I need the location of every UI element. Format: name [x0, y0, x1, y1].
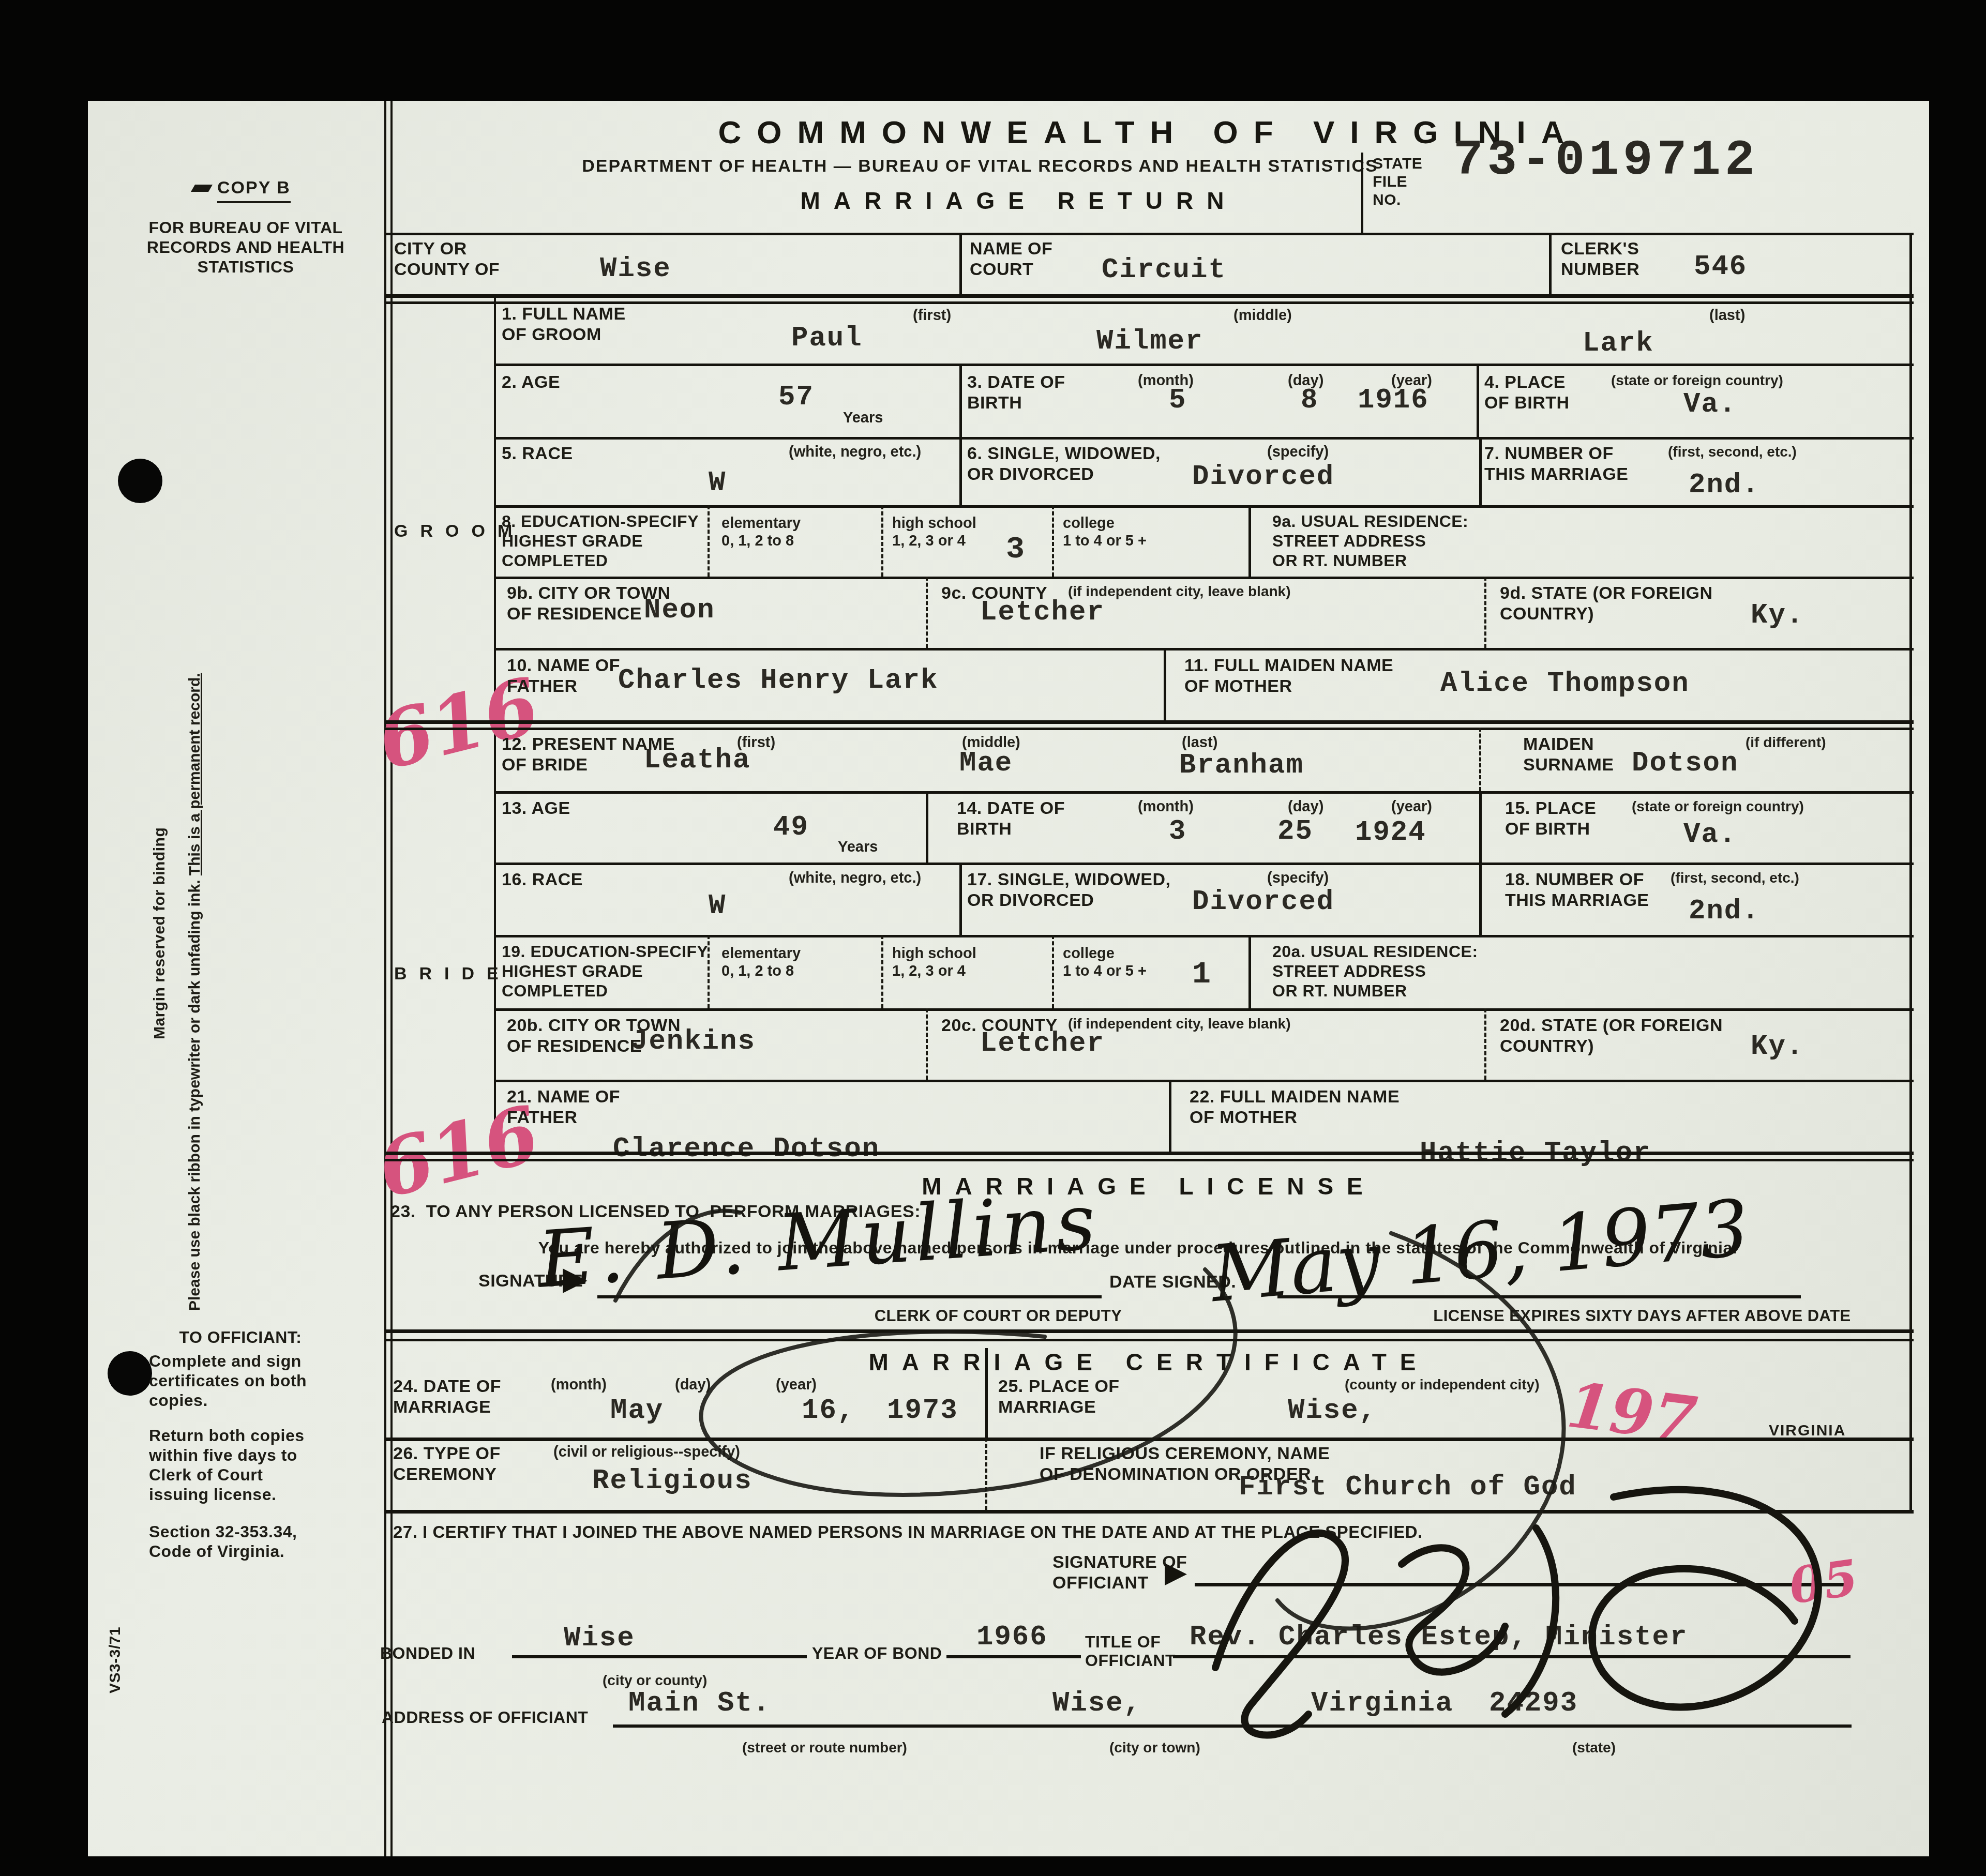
row19-dash-3 — [1052, 935, 1054, 1008]
groom-marital-hint: (specify) — [1267, 443, 1329, 461]
row19-split — [1248, 935, 1251, 1008]
bride-first-name: Leatha — [644, 746, 750, 775]
bride-father-label: 21. NAME OF FATHER — [507, 1086, 620, 1128]
row8-rule — [494, 505, 1914, 508]
groom-middle-name: Wilmer — [1096, 327, 1203, 356]
bride-last-hint: (last) — [1182, 734, 1217, 751]
groom-first-name: Paul — [791, 324, 863, 353]
marriage-place-hint: (county or independent city) — [1345, 1376, 1539, 1394]
bride-maiden-hint: (if different) — [1746, 734, 1826, 751]
punch-hole-bottom — [108, 1351, 152, 1396]
scanned-document-background: COPY B FOR BUREAU OF VITAL RECORDS AND H… — [0, 0, 1986, 1876]
groom-marital-label: 6. SINGLE, WIDOWED, OR DIVORCED — [967, 443, 1161, 485]
row9-dash-2 — [1484, 577, 1486, 648]
bonded-line — [512, 1655, 807, 1658]
groom-edu-college: college 1 to 4 or 5 + — [1063, 515, 1147, 550]
city-county-value: Wise — [600, 255, 671, 284]
clerk-number-value: 546 — [1694, 253, 1747, 282]
groom-race-value: W — [709, 469, 726, 498]
state-file-label: STATE FILE NO. — [1373, 155, 1422, 209]
bride-age-value: 49 — [773, 813, 809, 842]
margin-permanent-text: This is a permanent record. — [186, 673, 203, 875]
groom-age-unit: Years — [843, 409, 883, 427]
groom-edu-highschool-value: 3 — [1006, 535, 1026, 564]
row8-dash-2 — [881, 505, 883, 577]
bride-marital-label: 17. SINGLE, WIDOWED, OR DIVORCED — [967, 869, 1170, 911]
row20-rule — [494, 1008, 1914, 1011]
bride-marital-value: Divorced — [1192, 888, 1334, 917]
groom-marriage-number-value: 2nd. — [1689, 471, 1760, 500]
address-city-value: Wise, — [1052, 1689, 1141, 1718]
to-officiant-body: Complete and sign certificates on both c… — [149, 1351, 307, 1410]
punch-hole-top — [118, 459, 162, 503]
rowA-split-1 — [959, 233, 962, 297]
rowA-top-rule — [384, 233, 1914, 235]
row19-rule — [494, 935, 1914, 937]
marriage-place-value: Wise, — [1288, 1397, 1377, 1426]
row16-rule — [494, 863, 1914, 865]
groom-city-value: Neon — [644, 596, 715, 625]
bride-marriage-number-hint: (first, second, etc.) — [1671, 869, 1799, 887]
pen-mark — [191, 185, 213, 192]
row16-split-2 — [1479, 863, 1482, 935]
address-street-value: Main St. — [628, 1689, 771, 1718]
bride-marital-hint: (specify) — [1267, 869, 1329, 887]
license-top-rule-b — [384, 1159, 1914, 1161]
marriage-year-hint: (year) — [776, 1376, 817, 1394]
row2-split-2 — [1477, 364, 1479, 437]
row5-split-1 — [959, 437, 962, 505]
year-of-bond-value: 1966 — [976, 1623, 1048, 1652]
ceremony-type-value: Religious — [592, 1467, 753, 1496]
title-of-officiant-value: Rev. Charles Estep, Minister — [1190, 1623, 1688, 1652]
form-title: MARRIAGE RETURN — [734, 187, 1303, 215]
state-file-number: 73-019712 — [1453, 135, 1758, 187]
bride-dob-year: 1924 — [1355, 819, 1426, 848]
row10-rule — [494, 648, 1914, 650]
row13-split-2 — [1479, 791, 1482, 863]
groom-marriage-number-label: 7. NUMBER OF THIS MARRIAGE — [1484, 443, 1629, 485]
groom-top-rule-a — [384, 294, 1914, 298]
bonded-hint: (city or county) — [603, 1672, 707, 1689]
certificate-top-rule-a — [384, 1329, 1914, 1333]
row24-split — [985, 1348, 988, 1438]
bonded-in-value: Wise — [564, 1624, 635, 1653]
groom-state-label: 9d. STATE (OR FOREIGN COUNTRY) — [1500, 583, 1713, 624]
row5-rule — [494, 437, 1914, 440]
marriage-day-value: 16, — [802, 1397, 855, 1426]
return-note: Return both copies within five days to C… — [149, 1426, 305, 1504]
groom-first-hint: (first) — [913, 307, 951, 324]
bride-race-label: 16. RACE — [502, 869, 583, 890]
row10-split — [1164, 648, 1166, 721]
bride-top-rule-a — [384, 720, 1914, 724]
copy-for-text: FOR BUREAU OF VITAL RECORDS AND HEALTH S… — [122, 218, 370, 277]
bride-state-label: 20d. STATE (OR FOREIGN COUNTRY) — [1500, 1015, 1723, 1056]
bride-pob-hint: (state or foreign country) — [1632, 798, 1804, 815]
groom-county-value: Letcher — [980, 598, 1105, 627]
groom-dob-day: 8 — [1301, 386, 1318, 415]
groom-education-label: 8. EDUCATION-SPECIFY HIGHEST GRADE COMPL… — [502, 511, 699, 570]
row8-dash-3 — [1052, 505, 1054, 577]
ceremony-type-hint: (civil or religious--specify) — [553, 1443, 740, 1461]
bride-marriage-number-value: 2nd. — [1689, 897, 1760, 926]
officiant-pink-code: 05 — [1784, 1539, 1863, 1626]
groom-father-label: 10. NAME OF FATHER — [507, 655, 620, 697]
code-reference: Section 32-353.34, Code of Virginia. — [149, 1522, 297, 1561]
groom-age-value: 57 — [778, 383, 814, 412]
to-officiant-heading: TO OFFICIANT: — [150, 1327, 331, 1347]
denomination-value: First Church of God — [1239, 1473, 1577, 1502]
row26-dash — [985, 1438, 987, 1510]
bride-pob-value: Va. — [1683, 821, 1737, 850]
bride-mother-label: 22. FULL MAIDEN NAME OF MOTHER — [1190, 1086, 1400, 1128]
bonded-in-label: BONDED IN — [380, 1643, 475, 1663]
groom-state-value: Ky. — [1751, 601, 1804, 630]
row21-split — [1169, 1080, 1171, 1152]
row13-split-1 — [926, 791, 928, 863]
form-left-rule-inner — [390, 101, 393, 1856]
city-hint: (city or town) — [1109, 1739, 1200, 1757]
row5-split-2 — [1479, 437, 1482, 505]
row20-dash-1 — [926, 1008, 928, 1080]
groom-age-label: 2. AGE — [502, 372, 560, 392]
row24-bottom-rule — [384, 1438, 1914, 1441]
bride-top-rule-b — [384, 728, 1914, 730]
groom-edu-elementary: elementary 0, 1, 2 to 8 — [721, 515, 801, 550]
marriage-year-value: 1973 — [887, 1397, 958, 1426]
row21-rule — [494, 1080, 1914, 1082]
marriage-month-hint: (month) — [551, 1376, 607, 1394]
officiant-signature-line — [1195, 1583, 1853, 1586]
year-of-bond-label: YEAR OF BOND — [812, 1643, 942, 1663]
year-of-bond-line — [946, 1655, 1081, 1658]
bride-state-value: Ky. — [1751, 1033, 1804, 1062]
court-value: Circuit — [1102, 256, 1226, 285]
groom-name-label: 1. FULL NAME OF GROOM — [502, 304, 626, 345]
bride-pob-label: 15. PLACE OF BIRTH — [1505, 798, 1596, 839]
certify-statement: 27. I CERTIFY THAT I JOINED THE ABOVE NA… — [393, 1522, 1423, 1542]
form-code: VS3-3/71 — [106, 1627, 125, 1693]
bride-edu-college: college 1 to 4 or 5 + — [1063, 945, 1147, 980]
groom-pob-label: 4. PLACE OF BIRTH — [1484, 372, 1570, 413]
bride-dob-label: 14. DATE OF BIRTH — [957, 798, 1065, 839]
address-state-value: Virginia 24293 — [1311, 1689, 1578, 1718]
groom-dob-year: 1916 — [1358, 386, 1429, 415]
bride-city-value: Jenkins — [631, 1027, 756, 1056]
clerk-signature: E. D. Mullins — [536, 1183, 1102, 1299]
bride-race-value: W — [709, 892, 726, 921]
bride-dob-day: 25 — [1277, 818, 1313, 846]
bride-middle-name: Mae — [959, 749, 1013, 778]
license-top-rule-a — [384, 1152, 1914, 1155]
row8-split — [1248, 505, 1251, 577]
groom-pob-value: Va. — [1683, 390, 1737, 419]
groom-middle-hint: (middle) — [1233, 307, 1292, 324]
city-county-label: CITY OR COUNTY OF — [394, 238, 500, 280]
bride-edu-elementary: elementary 0, 1, 2 to 8 — [721, 945, 801, 980]
address-line — [613, 1724, 1852, 1728]
groom-last-name: Lark — [1583, 329, 1654, 358]
groom-pob-hint: (state or foreign country) — [1611, 372, 1783, 389]
ceremony-type-label: 26. TYPE OF CEREMONY — [393, 1443, 501, 1485]
groom-race-label: 5. RACE — [502, 443, 573, 464]
bride-section-tab: BRIDE — [394, 963, 511, 984]
bride-edu-highschool: high school 1, 2, 3 or 4 — [892, 945, 976, 980]
row19-dash-2 — [881, 935, 883, 1008]
row20-dash-2 — [1484, 1008, 1486, 1080]
bride-dob-month: 3 — [1169, 818, 1186, 846]
bride-education-label: 19. EDUCATION-SPECIFY HIGHEST GRADE COMP… — [502, 942, 708, 1001]
groom-mother-label: 11. FULL MAIDEN NAME OF MOTHER — [1184, 655, 1393, 697]
license-expires-caption: LICENSE EXPIRES SIXTY DAYS AFTER ABOVE D… — [1371, 1306, 1914, 1326]
groom-edu-highschool: high school 1, 2, 3 or 4 — [892, 515, 976, 550]
bride-maiden-label: MAIDEN SURNAME — [1523, 734, 1614, 775]
bride-last-name: Branham — [1179, 751, 1304, 780]
bride-edu-college-value: 1 — [1192, 960, 1212, 989]
groom-marriage-number-hint: (first, second, etc.) — [1668, 443, 1797, 461]
state-hint: (state) — [1572, 1739, 1616, 1757]
groom-race-hint: (white, negro, etc.) — [789, 443, 921, 461]
bride-residence-label: 20a. USUAL RESIDENCE: STREET ADDRESS OR … — [1272, 942, 1478, 1001]
row9-rule — [494, 577, 1914, 579]
margin-ink-text: Please use black ribbon in typewriter or… — [186, 875, 203, 1311]
row9-dash-1 — [926, 577, 928, 648]
groom-marital-value: Divorced — [1192, 463, 1334, 492]
groom-father-value: Charles Henry Lark — [618, 667, 938, 695]
marriage-month-value: May — [610, 1397, 664, 1426]
bride-county-value: Letcher — [980, 1030, 1105, 1058]
officiant-arrow-icon: ▶ — [1165, 1555, 1187, 1589]
street-hint: (street or route number) — [742, 1739, 907, 1757]
copy-label: COPY B — [217, 177, 291, 203]
form-left-rule-outer — [384, 101, 386, 1856]
bride-maiden-value: Dotson — [1632, 749, 1738, 778]
clerk-number-label: CLERK'S NUMBER — [1561, 238, 1639, 280]
bride-age-label: 13. AGE — [502, 798, 570, 819]
groom-last-hint: (last) — [1709, 307, 1745, 324]
title-of-officiant-label: TITLE OF OFFICIANT — [1085, 1632, 1176, 1670]
bride-race-hint: (white, negro, etc.) — [789, 869, 921, 887]
state-file-box-rule — [1361, 153, 1363, 233]
bride-dob-year-hint: (year) — [1391, 798, 1432, 815]
row12-dash — [1479, 728, 1481, 791]
row26-bottom-rule — [384, 1510, 1914, 1514]
court-label: NAME OF COURT — [970, 238, 1052, 280]
groom-dob-label: 3. DATE OF BIRTH — [967, 372, 1065, 413]
margin-ink-note: Please use black ribbon in typewriter or… — [186, 673, 204, 1311]
row13-rule — [494, 791, 1914, 794]
marriage-return-form: COPY B FOR BUREAU OF VITAL RECORDS AND H… — [88, 101, 1929, 1856]
bride-dob-month-hint: (month) — [1138, 798, 1194, 815]
certificate-pink-code: 197 — [1563, 1366, 1701, 1459]
marriage-day-hint: (day) — [675, 1376, 711, 1394]
groom-dob-month: 5 — [1169, 386, 1186, 415]
bride-age-unit: Years — [838, 838, 878, 856]
marriage-place-label: 25. PLACE OF MARRIAGE — [998, 1376, 1120, 1417]
row8-dash-1 — [708, 505, 710, 577]
title-line — [1173, 1655, 1850, 1658]
groom-mother-value: Alice Thompson — [1440, 670, 1690, 699]
row16-split-1 — [959, 863, 962, 935]
certificate-top-rule-b — [384, 1339, 1914, 1341]
bride-marriage-number-label: 18. NUMBER OF THIS MARRIAGE — [1505, 869, 1649, 911]
margin-binding-note: Margin reserved for binding — [150, 827, 170, 1039]
clerk-of-court-caption: CLERK OF COURT OR DEPUTY — [750, 1306, 1246, 1326]
address-of-officiant-label: ADDRESS OF OFFICIANT — [382, 1707, 588, 1728]
row2-split-1 — [959, 364, 962, 437]
marriage-date-label: 24. DATE OF MARRIAGE — [393, 1376, 501, 1417]
page-subtitle: DEPARTMENT OF HEALTH — BUREAU OF VITAL R… — [450, 156, 1510, 176]
rowA-split-2 — [1549, 233, 1552, 297]
bride-dob-day-hint: (day) — [1288, 798, 1323, 815]
certificate-title: MARRIAGE CERTIFICATE — [384, 1348, 1914, 1376]
row2-rule — [494, 364, 1914, 366]
groom-residence-label: 9a. USUAL RESIDENCE: STREET ADDRESS OR R… — [1272, 511, 1468, 570]
